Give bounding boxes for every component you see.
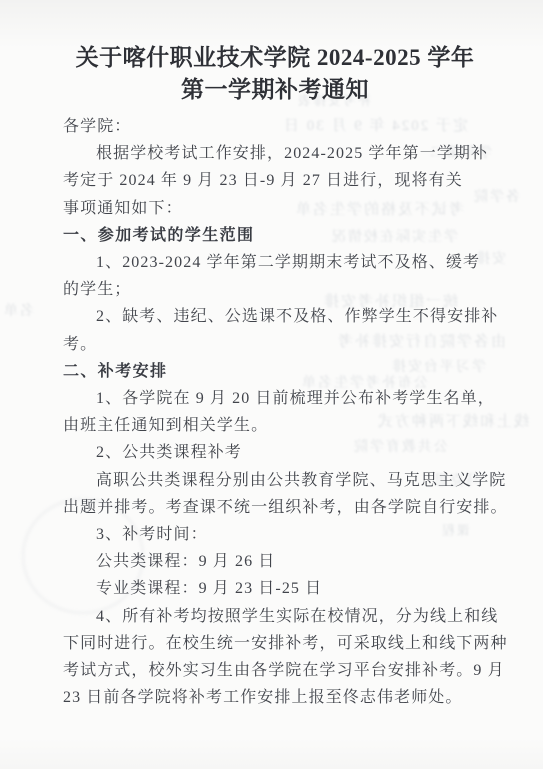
notice-line: 由班主任通知到相关学生。 <box>63 412 487 439</box>
notice-line: 的学生； <box>63 276 487 303</box>
notice-title-line1: 关于喀什职业技术学院 2024-2025 学年 <box>63 42 487 74</box>
section-heading: 二、补考安排 <box>63 358 487 385</box>
notice-line: 事项通知如下： <box>63 195 487 222</box>
notice-line: 考。 <box>63 331 487 358</box>
notice-line: 3、补考时间： <box>63 521 487 548</box>
notice-line: 2、公共类课程补考 <box>63 439 487 466</box>
notice-line: 专业类课程：9 月 23 日-25 日 <box>63 575 487 602</box>
notice-line: 4、所有补考均按照学生实际在校情况，分为线上和线 <box>63 603 487 630</box>
notice-line: 高职公共类课程分别由公共教育学院、马克思主义学院 <box>63 467 487 494</box>
notice-line: 下同时进行。在校生统一安排补考，可采取线上和线下两种 <box>63 630 487 657</box>
notice-line: 2、缺考、违纪、公选课不及格、作弊学生不得安排补 <box>63 303 487 330</box>
notice-body: 关于喀什职业技术学院 2024-2025 学年 第一学期补考通知 各学院： 根据… <box>63 42 487 711</box>
notice-line: 1、各学院在 9 月 20 日前梳理并公布补考学生名单， <box>63 385 487 412</box>
notice-line: 23 日前各学院将补考工作安排上报至佟志伟老师处。 <box>63 684 487 711</box>
section-heading: 一、参加考试的学生范围 <box>63 222 487 249</box>
notice-title: 关于喀什职业技术学院 2024-2025 学年 第一学期补考通知 <box>63 42 487 106</box>
notice-line: 根据学校考试工作安排，2024-2025 学年第一学期补 <box>63 140 487 167</box>
notice-line: 公共类课程：9 月 26 日 <box>63 548 487 575</box>
notice-line: 考定于 2024 年 9 月 23 日-9 月 27 日进行，现将有关 <box>63 167 487 194</box>
notice-line: 1、2023-2024 学年第二学期期末考试不及格、缓考 <box>63 249 487 276</box>
bleedthrough-text: 名单 <box>2 300 34 320</box>
salutation: 各学院： <box>63 113 487 140</box>
notice-line: 考试方式，校外实习生由各学院在学习平台安排补考。9 月 <box>63 657 487 684</box>
notice-line: 出题并排考。考查课不统一组织补考，由各学院自行安排。 <box>63 494 487 521</box>
scanned-notice-page: 补考安排表定于 2024 年 9 月 30 日学年第二各学院考试不及格的学生名单… <box>0 0 543 769</box>
notice-title-line2: 第一学期补考通知 <box>63 74 487 106</box>
